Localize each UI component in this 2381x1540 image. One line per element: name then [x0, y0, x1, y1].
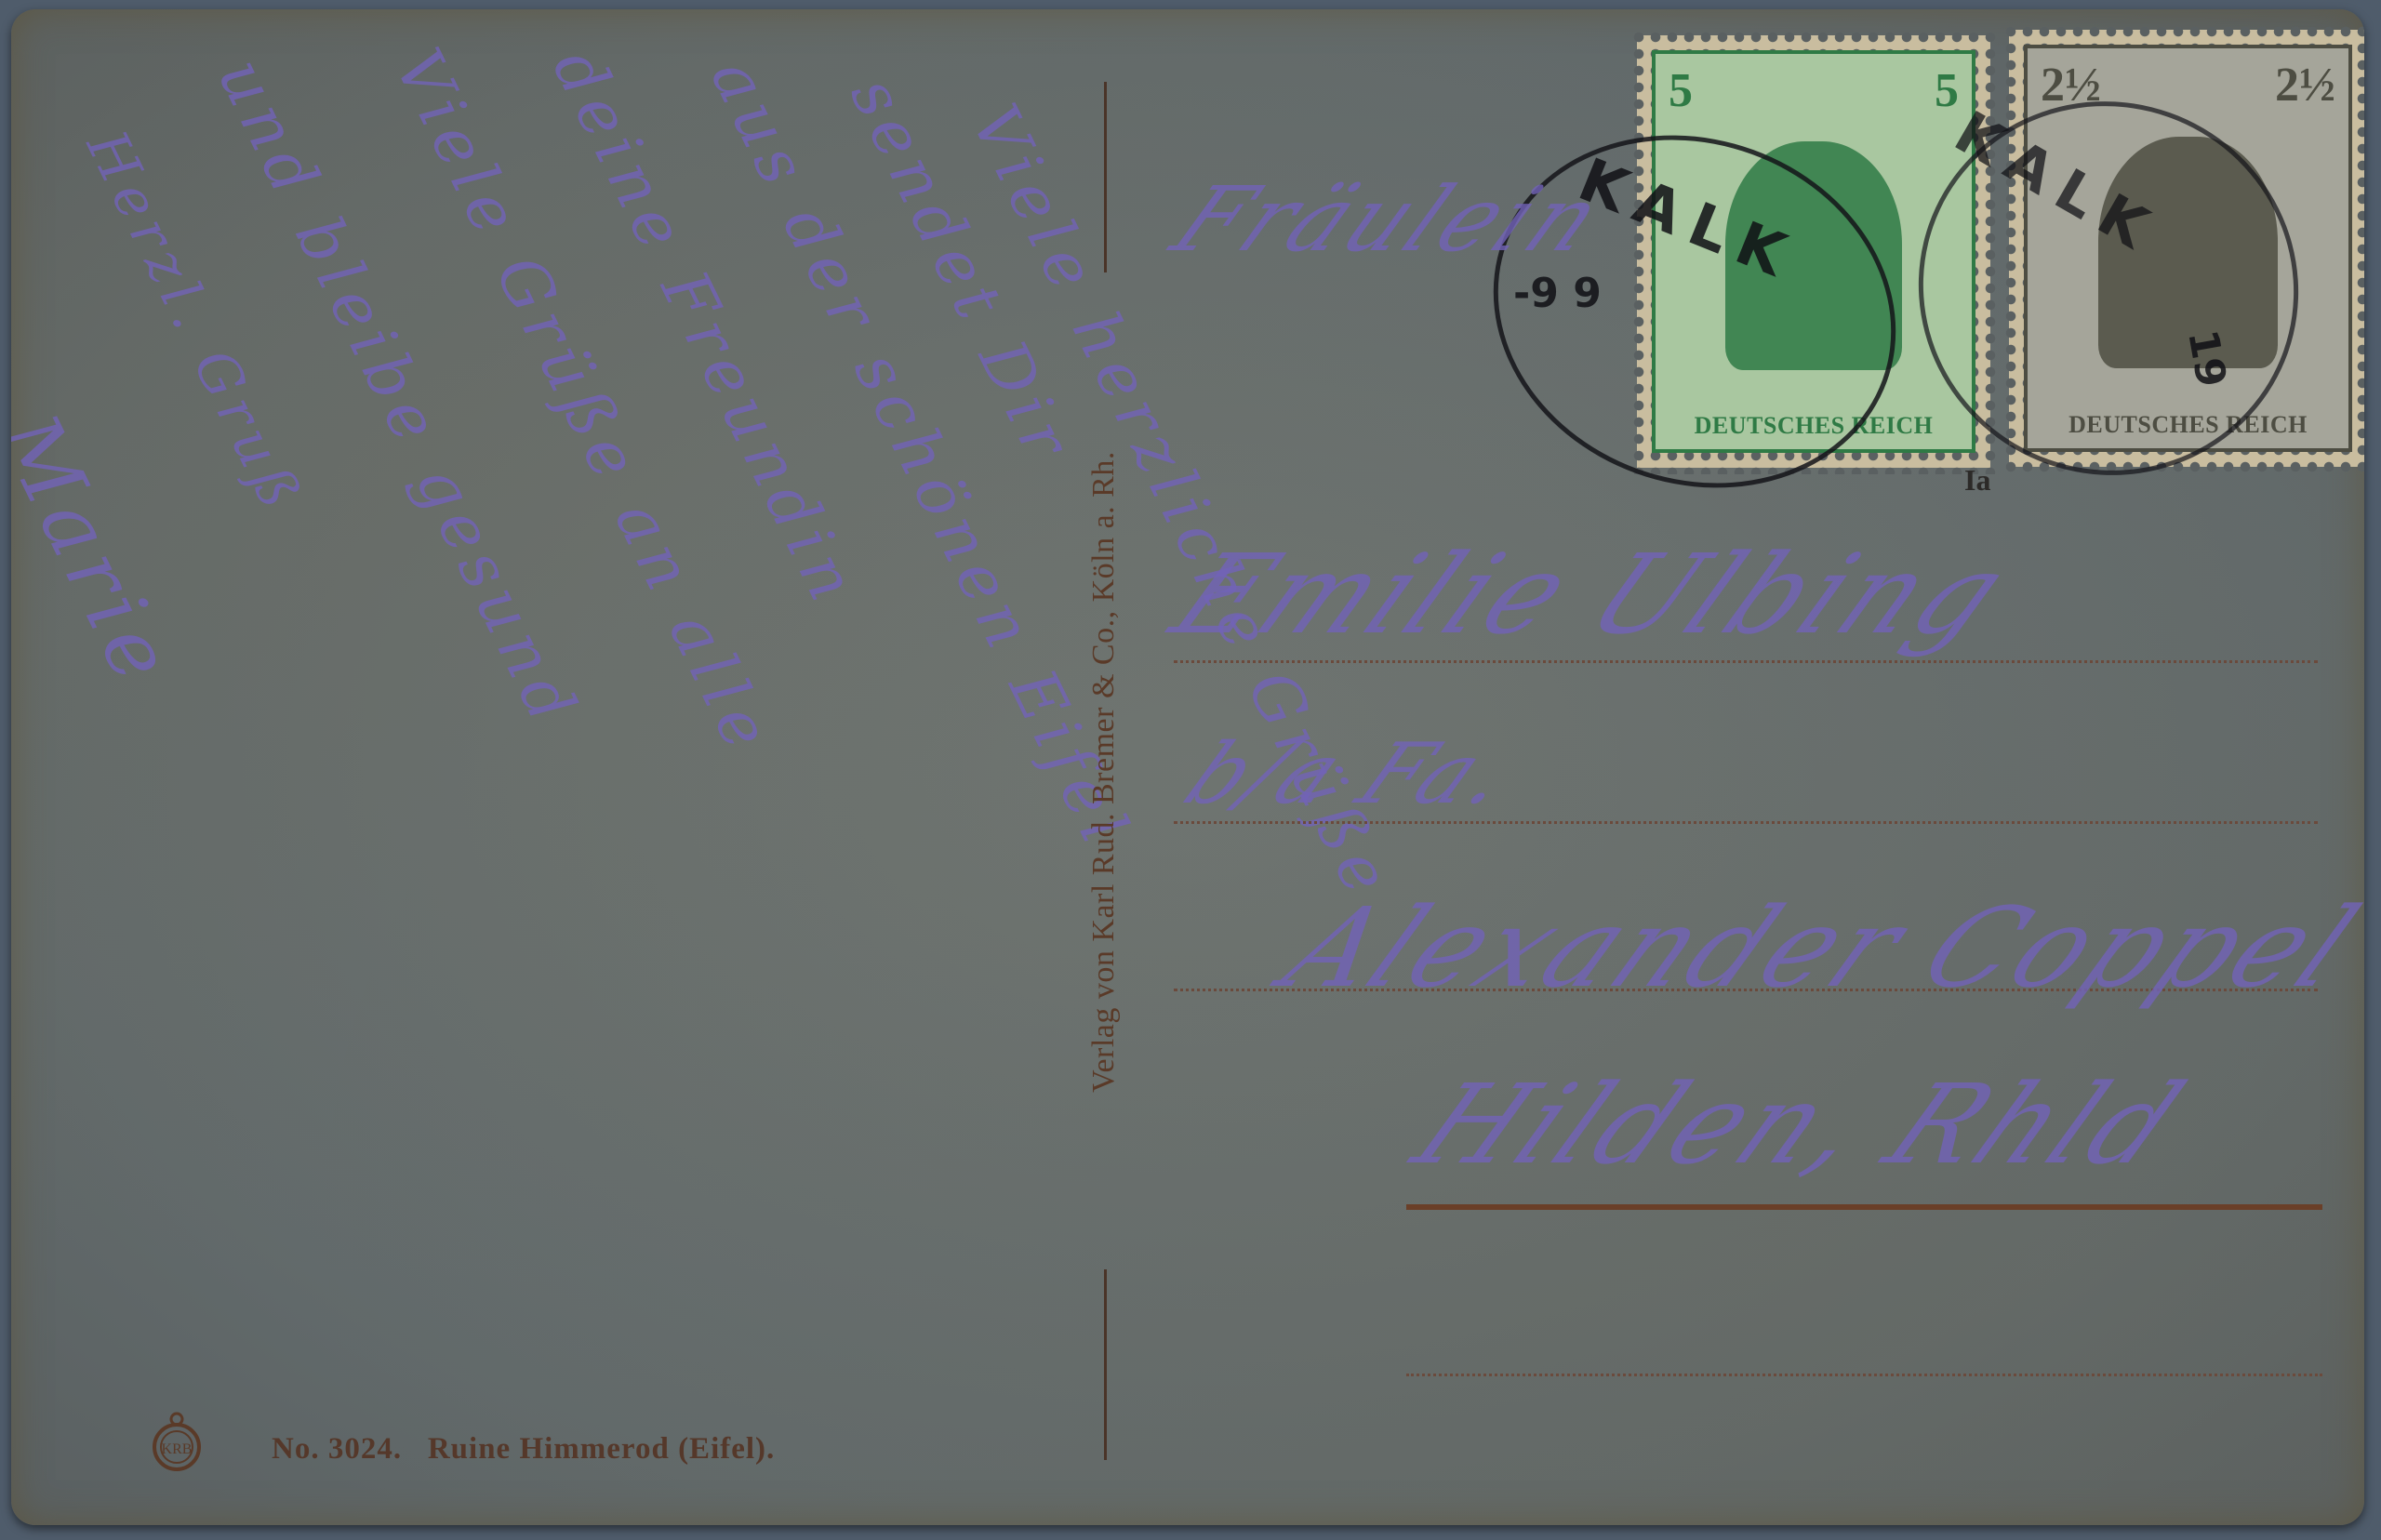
- address-care-of: b/a Fa.: [1168, 725, 1534, 823]
- postcard: und bleibe gesund Viele Grüße an alle de…: [11, 9, 2364, 1525]
- handwritten-signature: Marie: [11, 400, 193, 702]
- divider-line-bottom: [1104, 1269, 1107, 1460]
- publisher-logo-icon: KRB: [151, 1412, 203, 1473]
- publisher-imprint: Verlag von Karl Rud. Bremer & Co., Köln …: [1086, 451, 1122, 1093]
- address-name: Emilie Ulbing: [1152, 530, 2032, 658]
- address-line-4: [1406, 1374, 2322, 1376]
- address-line-1: [1174, 660, 2318, 663]
- caption-title: Ruine Himmerod (Eifel).: [428, 1432, 775, 1466]
- divider-line-top: [1104, 82, 1107, 272]
- postmark-date: -9 9: [1513, 270, 1602, 317]
- printed-mark: Ia: [1964, 463, 1990, 498]
- address-underline: [1406, 1204, 2322, 1210]
- address-salutation: Fräulein: [1155, 167, 1623, 272]
- address-company: Alexander Coppel: [1264, 883, 2364, 1012]
- stamp-2-5-pfennig: 2½ 2½ DEUTSCHES REICH: [2009, 30, 2364, 467]
- postcard-caption: No. 3024. Ruine Himmerod (Eifel).: [272, 1432, 775, 1467]
- svg-text:KRB: KRB: [162, 1441, 193, 1457]
- address-city: Hilden, Rhld: [1394, 1060, 2207, 1188]
- postmark-date: 19: [2178, 326, 2235, 391]
- caption-number: No. 3024.: [272, 1432, 402, 1466]
